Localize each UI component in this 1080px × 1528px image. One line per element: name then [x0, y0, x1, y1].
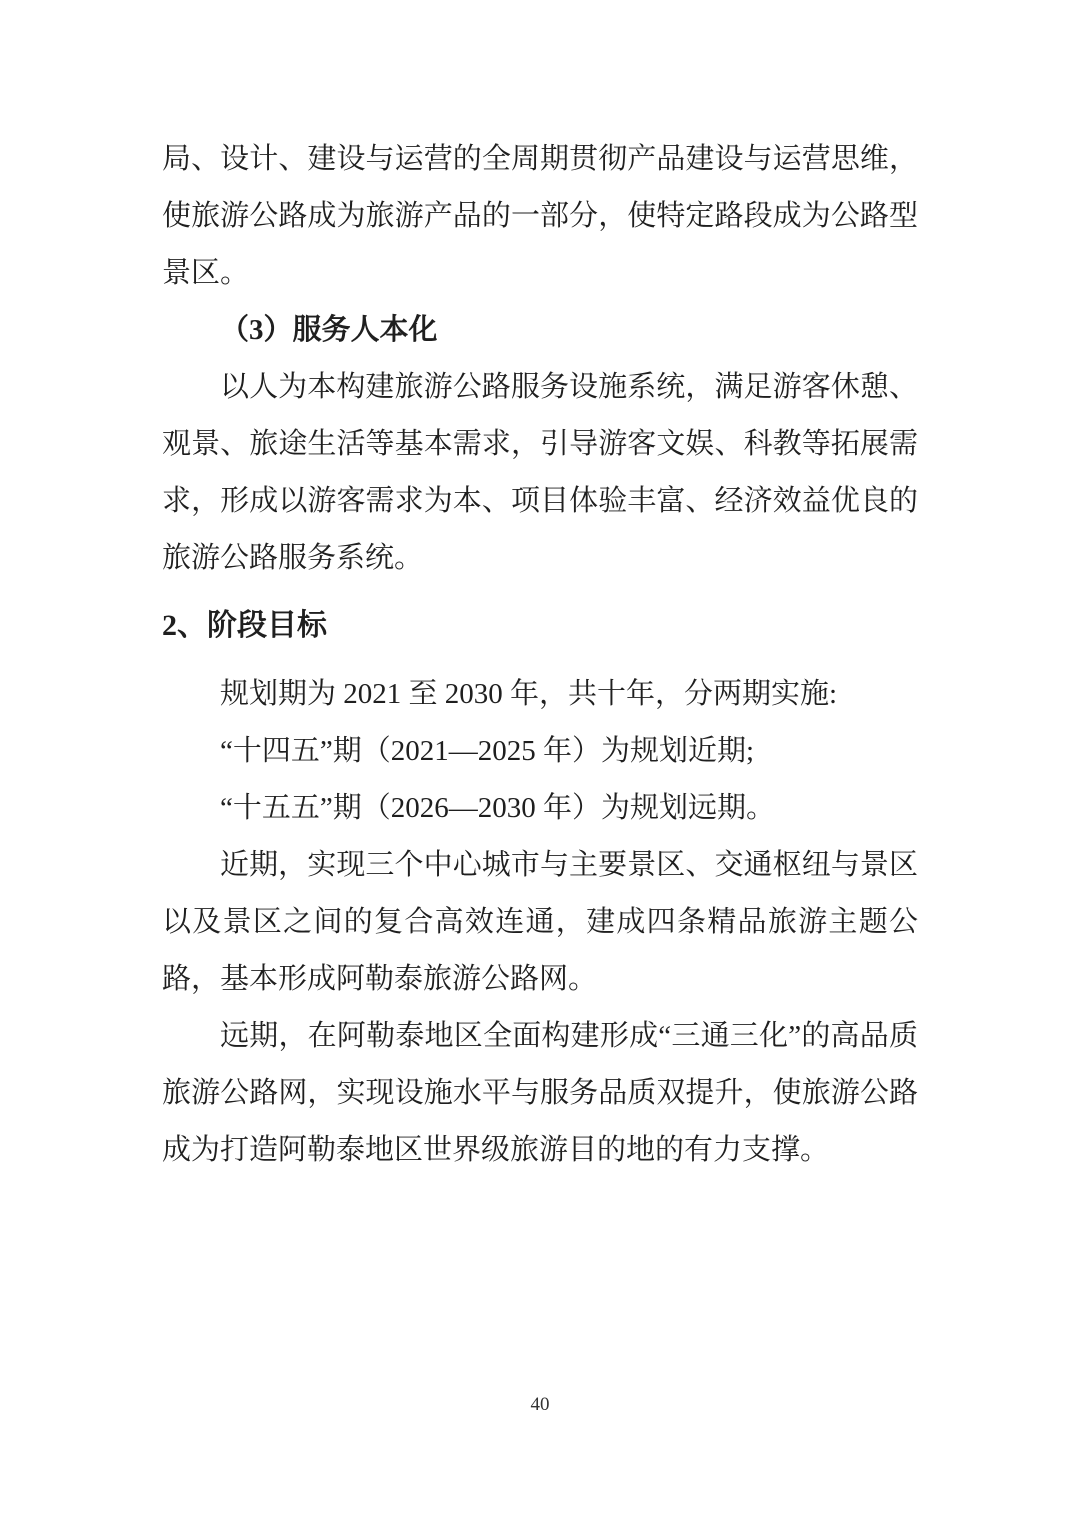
paragraph-phase-14-5: “十四五”期（2021—2025 年）为规划近期; [162, 723, 918, 780]
subheading-service-humanization: （3）服务人本化 [162, 302, 918, 359]
paragraph-planning-period: 规划期为 2021 至 2030 年，共十年，分两期实施: [162, 666, 918, 723]
section-heading-stage-goals: 2、阶段目标 [162, 597, 918, 654]
paragraph-continuation: 局、设计、建设与运营的全周期贯彻产品建设与运营思维，使旅游公路成为旅游产品的一部… [162, 131, 918, 302]
paragraph-service-facilities: 以人为本构建旅游公路服务设施系统，满足游客休憩、观景、旅途生活等基本需求，引导游… [162, 359, 918, 587]
paragraph-phase-15-5: “十五五”期（2026—2030 年）为规划远期。 [162, 780, 918, 837]
document-page: 局、设计、建设与运营的全周期贯彻产品建设与运营思维，使旅游公路成为旅游产品的一部… [0, 0, 1080, 1528]
paragraph-long-term: 远期，在阿勒泰地区全面构建形成“三通三化”的高品质旅游公路网，实现设施水平与服务… [162, 1008, 918, 1179]
page-number: 40 [0, 1392, 1080, 1418]
paragraph-near-term: 近期，实现三个中心城市与主要景区、交通枢纽与景区以及景区之间的复合高效连通，建成… [162, 837, 918, 1008]
document-content: 局、设计、建设与运营的全周期贯彻产品建设与运营思维，使旅游公路成为旅游产品的一部… [162, 131, 918, 1179]
